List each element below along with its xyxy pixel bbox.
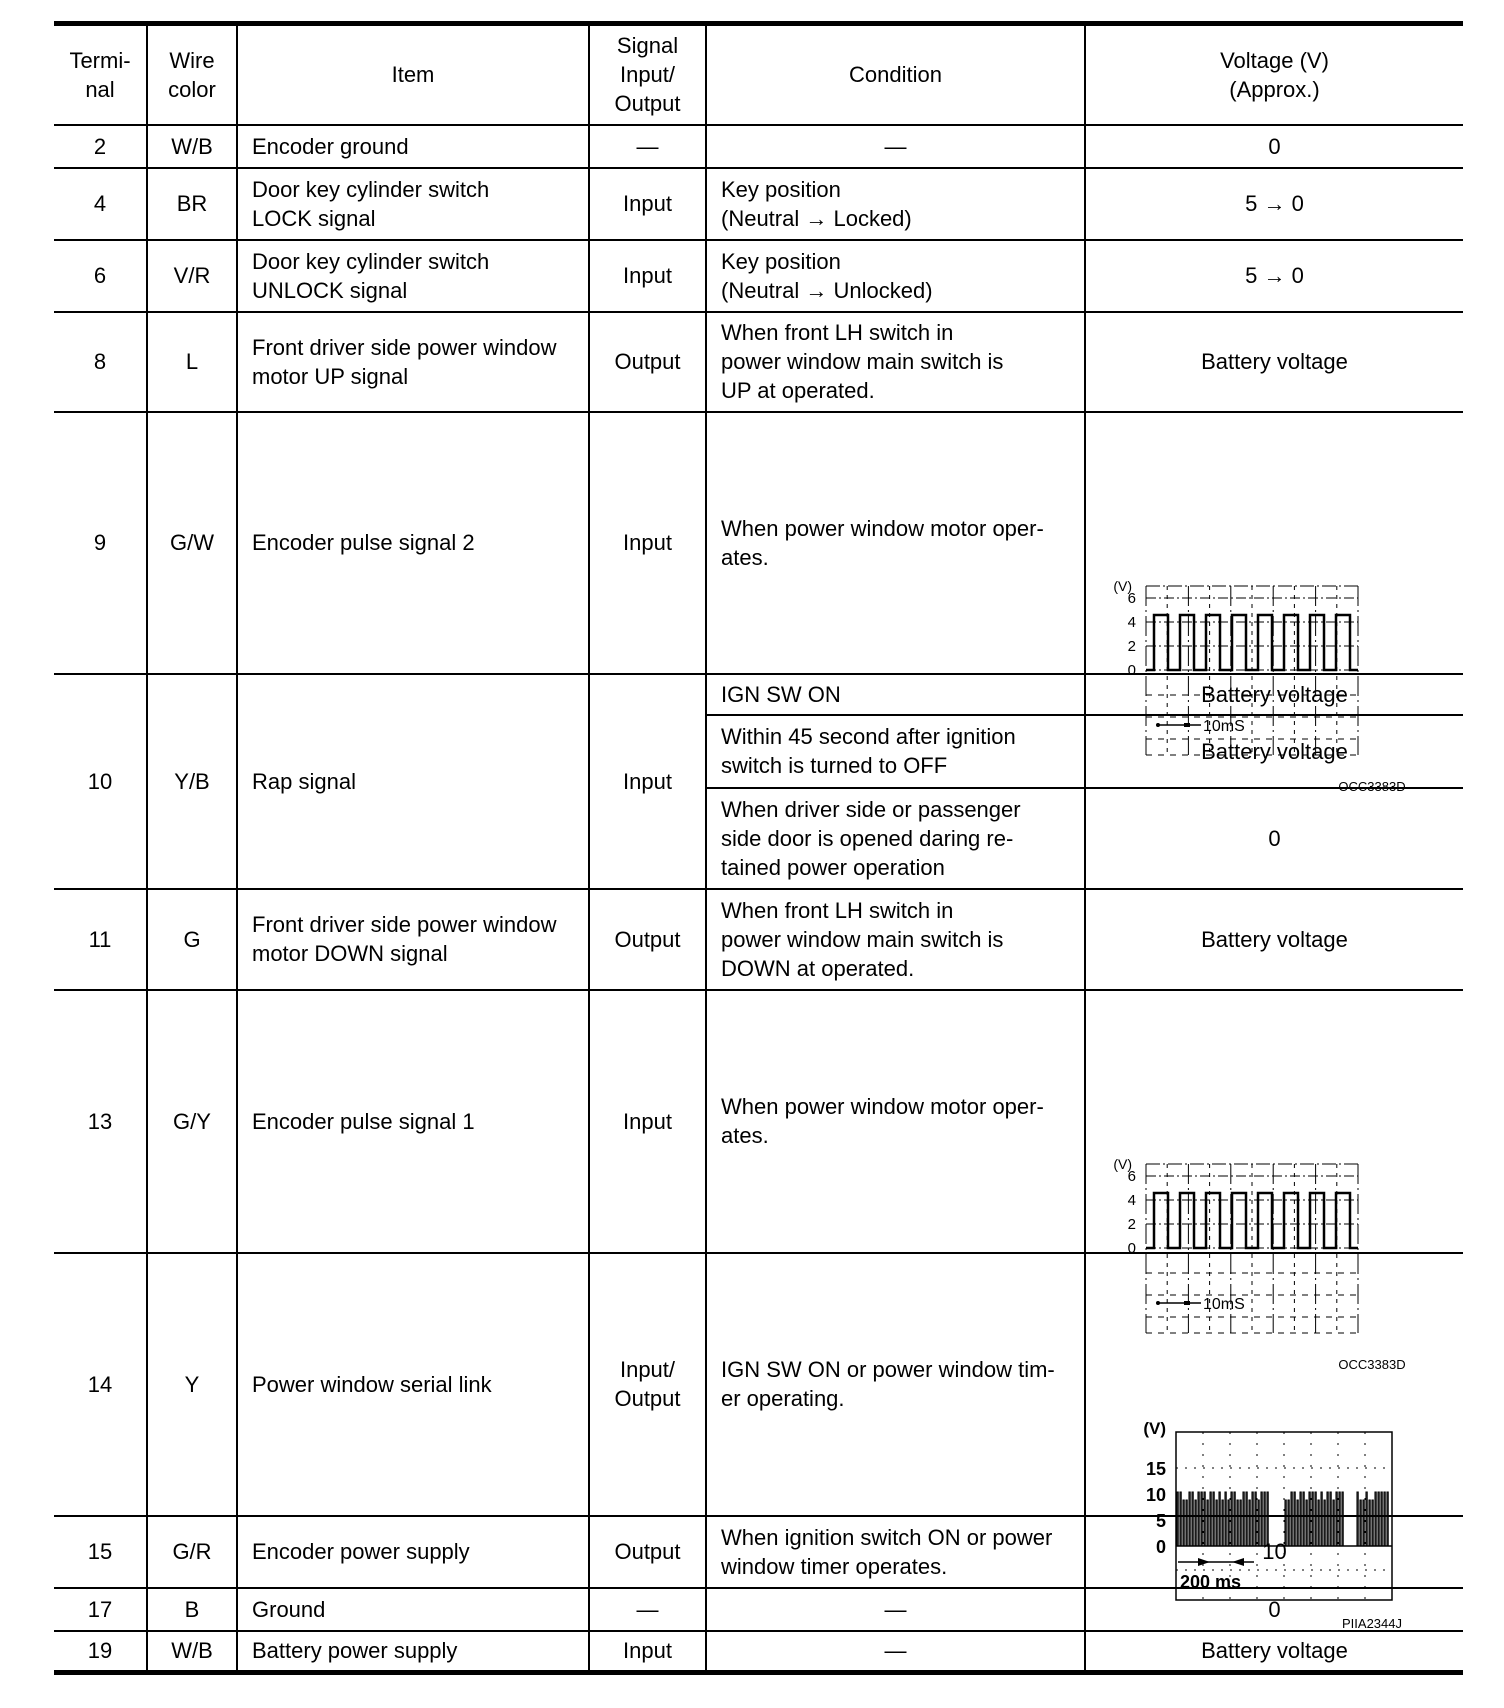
header-signal-io: Signal Input/ Output: [589, 24, 706, 125]
condition-cell: When driver side or passenger side door …: [706, 788, 1085, 889]
wire-color-cell: G/W: [147, 412, 237, 674]
item-cell: Front driver side power window motor DOW…: [237, 889, 589, 990]
condition-cell: When power window motor oper- ates.: [706, 412, 1085, 674]
wire-color-cell: G/R: [147, 1516, 237, 1588]
terminal-cell: 10: [54, 674, 147, 889]
condition-cell: Key position (Neutral → Locked): [706, 168, 1085, 240]
wire-color-cell: BR: [147, 168, 237, 240]
table-row: 8 L Front driver side power window motor…: [54, 312, 1463, 412]
table-row: 14 Y Power window serial link Input/ Out…: [54, 1253, 1463, 1516]
io-cell: —: [589, 1588, 706, 1631]
header-row: Termi- nal Wire color Item Signal Input/…: [54, 24, 1463, 125]
svg-text:0: 0: [1128, 662, 1136, 679]
condition-cell: When power window motor oper- ates.: [706, 990, 1085, 1253]
svg-text:2: 2: [1128, 638, 1136, 655]
table-row: 4 BR Door key cylinder switch LOCK signa…: [54, 168, 1463, 240]
item-cell: Door key cylinder switch UNLOCK signal: [237, 240, 589, 312]
item-cell: Battery power supply: [237, 1631, 589, 1673]
header-wire-color: Wire color: [147, 24, 237, 125]
voltage-cell: Battery voltage: [1085, 312, 1463, 412]
voltage-waveform-cell: (V)642010mSOCC3383D: [1085, 990, 1463, 1253]
condition-cell: IGN SW ON or power window tim- er operat…: [706, 1253, 1085, 1516]
io-cell: Input: [589, 412, 706, 674]
header-condition: Condition: [706, 24, 1085, 125]
io-cell: Input: [589, 674, 706, 889]
wire-color-cell: W/B: [147, 1631, 237, 1673]
svg-text:5: 5: [1156, 1511, 1166, 1531]
table-row: 13 G/Y Encoder pulse signal 1 Input When…: [54, 990, 1463, 1253]
wire-color-cell: G/Y: [147, 990, 237, 1253]
wire-color-cell: Y/B: [147, 674, 237, 889]
io-cell: Input: [589, 1631, 706, 1673]
terminal-cell: 2: [54, 125, 147, 168]
wire-color-cell: V/R: [147, 240, 237, 312]
header-voltage: Voltage (V) (Approx.): [1085, 24, 1463, 125]
terminal-cell: 13: [54, 990, 147, 1253]
io-cell: Output: [589, 312, 706, 412]
terminal-table: Termi- nal Wire color Item Signal Input/…: [54, 21, 1463, 1675]
io-cell: Input: [589, 990, 706, 1253]
wire-color-cell: W/B: [147, 125, 237, 168]
svg-text:OCC3383D: OCC3383D: [1338, 779, 1405, 794]
voltage-waveform-cell: (V)151050200 msPIIA2344J: [1085, 1253, 1463, 1516]
io-cell: Output: [589, 889, 706, 990]
wire-color-cell: Y: [147, 1253, 237, 1516]
io-cell: Input: [589, 240, 706, 312]
io-cell: Input: [589, 168, 706, 240]
svg-text:15: 15: [1146, 1459, 1166, 1479]
table-row: 9 G/W Encoder pulse signal 2 Input When …: [54, 412, 1463, 674]
io-cell: Input/ Output: [589, 1253, 706, 1516]
terminal-cell: 17: [54, 1588, 147, 1631]
item-cell: Encoder pulse signal 1: [237, 990, 589, 1253]
terminal-cell: 8: [54, 312, 147, 412]
voltage-cell: Battery voltage: [1085, 889, 1463, 990]
svg-text:10mS: 10mS: [1203, 718, 1245, 735]
condition-cell: —: [706, 125, 1085, 168]
condition-cell: —: [706, 1631, 1085, 1673]
svg-text:(V): (V): [1143, 1419, 1166, 1438]
header-terminal: Termi- nal: [54, 24, 147, 125]
voltage-cell: 5 → 0: [1085, 168, 1463, 240]
terminal-cell: 4: [54, 168, 147, 240]
table-row: 6 V/R Door key cylinder switch UNLOCK si…: [54, 240, 1463, 312]
wire-color-cell: L: [147, 312, 237, 412]
item-cell: Encoder pulse signal 2: [237, 412, 589, 674]
terminal-cell: 9: [54, 412, 147, 674]
terminal-cell: 14: [54, 1253, 147, 1516]
voltage-cell: 0: [1085, 125, 1463, 168]
table-row: 11 G Front driver side power window moto…: [54, 889, 1463, 990]
item-cell: Encoder power supply: [237, 1516, 589, 1588]
item-cell: Rap signal: [237, 674, 589, 889]
condition-cell: When front LH switch in power window mai…: [706, 889, 1085, 990]
voltage-waveform-cell: (V)642010mSOCC3383D: [1085, 412, 1463, 674]
condition-cell: IGN SW ON: [706, 674, 1085, 715]
header-item: Item: [237, 24, 589, 125]
item-cell: Power window serial link: [237, 1253, 589, 1516]
condition-cell: When ignition switch ON or power window …: [706, 1516, 1085, 1588]
condition-cell: Within 45 second after ignition switch i…: [706, 715, 1085, 788]
svg-text:10: 10: [1146, 1485, 1166, 1505]
terminal-cell: 11: [54, 889, 147, 990]
item-cell: Door key cylinder switch LOCK signal: [237, 168, 589, 240]
svg-text:6: 6: [1128, 590, 1136, 607]
condition-cell: —: [706, 1588, 1085, 1631]
svg-text:PIIA2344J: PIIA2344J: [1342, 1616, 1402, 1631]
item-cell: Front driver side power window motor UP …: [237, 312, 589, 412]
waveform-graph: (V)151050200 msPIIA2344J: [1086, 1384, 1464, 1646]
item-cell: Ground: [237, 1588, 589, 1631]
svg-text:200 ms: 200 ms: [1180, 1572, 1241, 1592]
svg-text:4: 4: [1128, 614, 1136, 631]
condition-cell: When front LH switch in power window mai…: [706, 312, 1085, 412]
item-cell: Encoder ground: [237, 125, 589, 168]
voltage-cell: 5 → 0: [1085, 240, 1463, 312]
io-cell: Output: [589, 1516, 706, 1588]
svg-text:6: 6: [1128, 1168, 1136, 1185]
wire-color-cell: G: [147, 889, 237, 990]
terminal-cell: 15: [54, 1516, 147, 1588]
condition-cell: Key position (Neutral → Unlocked): [706, 240, 1085, 312]
terminal-cell: 6: [54, 240, 147, 312]
svg-text:2: 2: [1128, 1216, 1136, 1233]
svg-text:4: 4: [1128, 1192, 1136, 1209]
svg-text:0: 0: [1156, 1537, 1166, 1557]
wire-color-cell: B: [147, 1588, 237, 1631]
io-cell: —: [589, 125, 706, 168]
terminal-cell: 19: [54, 1631, 147, 1673]
table-row: 2 W/B Encoder ground — — 0: [54, 125, 1463, 168]
waveform-graph: (V)642010mSOCC3383D: [1086, 543, 1464, 805]
